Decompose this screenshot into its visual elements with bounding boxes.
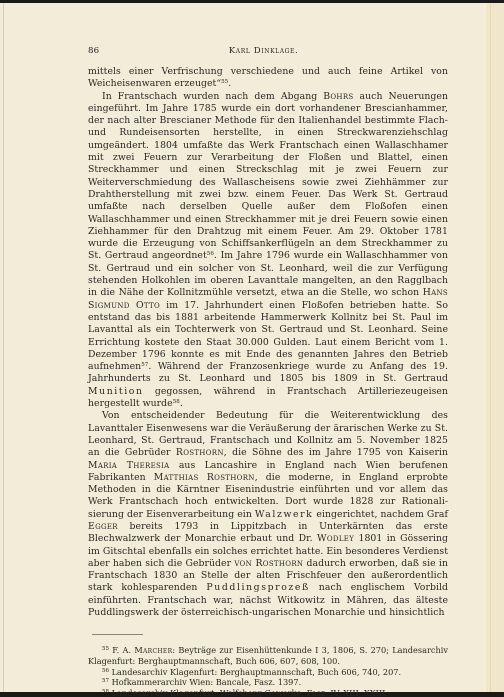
proper-name: Marcher (134, 645, 172, 655)
footnote: 58 Landesarchiv Klagenfurt: Wolfsberg-Ge… (88, 688, 448, 697)
text-run: Landesarchiv Klagenfurt: Wolfsberg-Gewer… (112, 688, 388, 697)
proper-name: von Rost­horn (234, 558, 303, 569)
book-page: 86 Karl Dinklage. mittels einer Verfrisc… (88, 46, 448, 697)
paragraph: mittels einer Verfrischung verschiedene … (88, 66, 448, 91)
footnote-reference[interactable]: 58 (173, 399, 180, 405)
body-text: mittels einer Verfrischung verschiedene … (88, 66, 448, 619)
text-run: , die Söhne des im Jahre 1795 von Kaiser… (224, 447, 448, 458)
scan-top-border (0, 0, 504, 3)
text-run: In Frantschach wurden nach dem Abgang (102, 91, 323, 102)
paragraph: In Frantschach wurden nach dem Abgang Bo… (88, 91, 448, 411)
footnote-number: 56 (102, 668, 109, 674)
footnote-number: 58 (102, 689, 109, 695)
proper-name: Wodley (317, 533, 354, 544)
proper-name: Bohrs (323, 91, 353, 102)
proper-name: Egger (88, 521, 118, 532)
footnote: 57 Hofkammerarchiv Wien: Bancale, Fasz. … (88, 677, 448, 688)
paragraph: Von entscheidender Bedeutung für die Wei… (88, 410, 448, 619)
emphasized-term: Puddlingsprozeß (206, 582, 309, 593)
page-number: 86 (88, 46, 99, 56)
emphasized-term: Munition (88, 386, 144, 397)
text-run: . (228, 78, 231, 89)
page-right-edge (484, 3, 504, 692)
footnote-number: 55 (102, 646, 109, 652)
text-run: mittels einer Verfrischung verschiedene … (88, 66, 448, 89)
emphasized-term: Walzwerk (255, 509, 314, 520)
footnote: 55 F. A. Marcher: Beyträge zur Eisenhütt… (88, 645, 448, 666)
proper-name: Rost­horn (176, 447, 224, 458)
footnote-number: 57 (102, 678, 109, 684)
running-title: Karl Dinklage. (99, 46, 428, 56)
proper-name: Maria Theresia (88, 460, 170, 471)
text-run: eingerichtet, nachdem Graf (313, 509, 448, 520)
text-run: F. A. (112, 645, 134, 655)
footnote-rule (92, 634, 143, 635)
running-header: 86 Karl Dinklage. (88, 46, 448, 60)
proper-name: Matthias Rosthorn (154, 472, 255, 483)
footnote-reference[interactable]: 56 (207, 251, 214, 257)
text-run: auch Neuerungen eingeführt. Im Jahre 178… (88, 91, 448, 262)
text-run: Landesarchiv Klagenfurt: Berghauptmannsc… (112, 667, 402, 677)
page-left-edge (3, 3, 4, 692)
footnotes: 55 F. A. Marcher: Beyträge zur Eisenhütt… (88, 645, 448, 697)
text-run: . (180, 398, 183, 409)
text-run: Hofkammerarchiv Wien: Bancale, Fasz. 139… (112, 677, 302, 687)
footnote: 56 Landesarchiv Klagenfurt: Berghauptman… (88, 667, 448, 678)
